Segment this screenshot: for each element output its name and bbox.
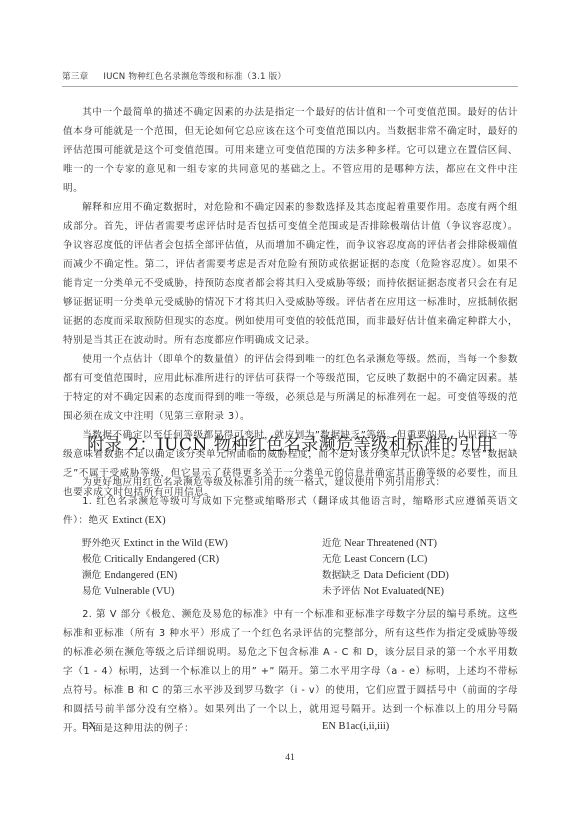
category-en: Near Threatened (NT)	[344, 538, 437, 549]
appendix-item-2: 2. 第 V 部分《极危、濒危及易危的标准》中有一个标准和亚标准字母数字分层的编…	[63, 605, 518, 738]
category-item: 近危 Near Threatened (NT)	[322, 536, 512, 552]
category-item: 极危 Critically Endangered (CR)	[82, 552, 322, 568]
category-zh: 野外绝灭	[82, 538, 120, 549]
appendix-intro-section: 为更好地应用红色名录濒危等级及标准引用的统一格式，建议使用下列引用形式： 1. …	[63, 473, 518, 530]
category-en: Endangered (EN)	[104, 570, 177, 581]
category-en: Vulnerable (VU)	[104, 586, 174, 597]
appendix-item-2-section: 2. 第 V 部分《极危、濒危及易危的标准》中有一个标准和亚标准字母数字分层的编…	[63, 605, 518, 738]
appendix-item-1: 1. 红色名录濒危等级可写成如下完整或缩略形式（翻译成其他语言时，缩略形式应遵循…	[63, 492, 518, 530]
example-list: EX EN B1ac(i,ii,iii)	[82, 721, 512, 732]
category-en: Critically Endangered (CR)	[104, 554, 219, 565]
example-item: EN B1ac(i,ii,iii)	[322, 721, 512, 732]
paragraph: 其中一个最简单的描述不确定因素的办法是指定一个最好的估计值和一个可变值范围。最好…	[63, 103, 518, 198]
category-zh: 近危	[322, 538, 341, 549]
category-en: Data Deficient (DD)	[363, 570, 448, 581]
category-item: 未予评估 Not Evaluated(NE)	[322, 584, 512, 600]
category-item: 数据缺乏 Data Deficient (DD)	[322, 568, 512, 584]
example-item: EX	[82, 721, 322, 732]
category-zh: 无危	[322, 554, 341, 565]
category-zh: 濒危	[82, 570, 101, 581]
category-en: Extinct in the Wild (EW)	[123, 538, 227, 549]
page-number: 41	[0, 753, 580, 763]
category-zh: 数据缺乏	[322, 570, 360, 581]
category-en: Least Concern (LC)	[344, 554, 427, 565]
category-zh: 极危	[82, 554, 101, 565]
running-header: 第三章 IUCN 物种红色名录濒危等级和标准（3.1 版）	[62, 70, 518, 87]
category-item: 易危 Vulnerable (VU)	[82, 584, 322, 600]
chapter-title: IUCN 物种红色名录濒危等级和标准（3.1 版）	[103, 72, 286, 82]
appendix-intro: 为更好地应用红色名录濒危等级及标准引用的统一格式，建议使用下列引用形式：	[63, 473, 518, 492]
category-item: 濒危 Endangered (EN)	[82, 568, 322, 584]
category-item: 无危 Least Concern (LC)	[322, 552, 512, 568]
category-item: 野外绝灭 Extinct in the Wild (EW)	[82, 536, 322, 552]
category-list: 野外绝灭 Extinct in the Wild (EW) 近危 Near Th…	[82, 536, 512, 600]
paragraph: 使用一个点估计（即单个的数量值）的评估会得到唯一的红色名录濒危等级。然而，当每一…	[63, 350, 518, 426]
category-zh: 易危	[82, 586, 101, 597]
appendix-heading: 附录 2：IUCN 物种红色名录濒危等级和标准的引用	[63, 430, 518, 455]
category-zh: 未予评估	[322, 586, 360, 597]
category-en: Not Evaluated(NE)	[363, 586, 444, 597]
chapter-label: 第三章	[62, 72, 88, 82]
item1-english: Extinct (EX)	[112, 515, 165, 526]
paragraph: 解释和应用不确定数据时，对危险和不确定因素的参数选择及其态度起着重要作用。态度有…	[63, 198, 518, 350]
